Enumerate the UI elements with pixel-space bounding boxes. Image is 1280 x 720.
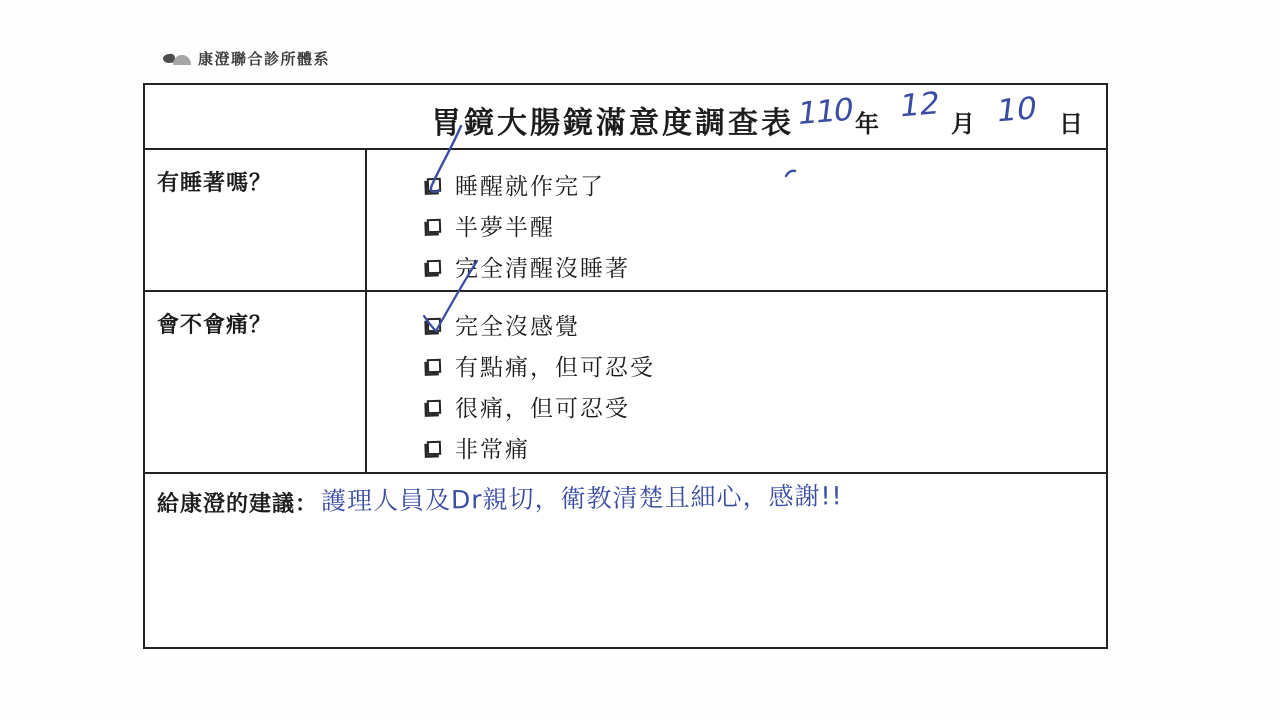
suggestion-label: 給康澄的建議：: [157, 487, 318, 518]
form-title: 胃鏡大腸鏡滿意度調查表: [431, 98, 794, 142]
options-cell: 睡醒就作完了 半夢半醒 完全清醒沒睡著: [427, 150, 1106, 287]
option-row: 非常痛: [427, 427, 1106, 468]
checkbox-icon: [427, 259, 441, 273]
option-label: 睡醒就作完了: [455, 168, 605, 201]
option-label: 很痛，但可忍受: [455, 390, 630, 423]
handwritten-suggestion: 護理人員及Dr親切，衛教清楚且細心，感謝!!: [321, 477, 1041, 519]
checkbox-icon: [427, 177, 441, 191]
year-label: 年: [855, 104, 879, 139]
question-label: 會不會痛？: [157, 308, 272, 339]
checkbox-icon: [427, 358, 441, 372]
clinic-name: 康澄聯合診所體系: [198, 48, 330, 69]
checkbox-icon: [427, 440, 441, 454]
clinic-logo-icon: [163, 52, 191, 66]
option-row: 有點痛，但可忍受: [427, 345, 1106, 386]
handwritten-month: 12: [897, 85, 942, 124]
handwritten-year: 110: [795, 92, 853, 132]
question-label-cell: 有睡著嗎？: [145, 150, 367, 290]
option-row: 很痛，但可忍受: [427, 386, 1106, 427]
option-label: 非常痛: [455, 431, 530, 464]
day-label: 日: [1059, 104, 1083, 139]
question-row-pain: 會不會痛？ 完全沒感覺 有點痛，但可忍受 很痛，但可忍受 非常痛: [145, 292, 1106, 474]
handwritten-day: 10: [994, 90, 1039, 129]
title-row: 胃鏡大腸鏡滿意度調查表 110 年 12 月 10 日: [145, 85, 1106, 150]
question-row-sleep: 有睡著嗎？ 睡醒就作完了 半夢半醒 完全清醒沒睡著: [145, 150, 1106, 292]
option-row: 完全清醒沒睡著: [427, 246, 1106, 287]
clinic-brand: 康澄聯合診所體系: [163, 48, 330, 69]
question-label: 有睡著嗎？: [157, 166, 272, 197]
option-row: 睡醒就作完了: [427, 164, 1106, 205]
scanned-survey-form: 康澄聯合診所體系 胃鏡大腸鏡滿意度調查表 110 年 12 月 10 日 有睡著…: [0, 0, 1280, 720]
month-label: 月: [951, 104, 975, 139]
option-row: 完全沒感覺: [427, 304, 1106, 345]
suggestion-row: 給康澄的建議： 護理人員及Dr親切，衛教清楚且細心，感謝!!: [145, 474, 1106, 645]
option-label: 有點痛，但可忍受: [455, 349, 655, 382]
survey-table: 胃鏡大腸鏡滿意度調查表 110 年 12 月 10 日 有睡著嗎？ 睡醒就作完了…: [143, 83, 1108, 649]
question-label-cell: 會不會痛？: [145, 292, 367, 472]
checkbox-icon: [427, 399, 441, 413]
checkbox-icon: [427, 317, 441, 331]
option-label: 半夢半醒: [455, 209, 555, 242]
option-label: 完全清醒沒睡著: [455, 250, 630, 283]
option-row: 半夢半醒: [427, 205, 1106, 246]
option-label: 完全沒感覺: [455, 308, 580, 341]
options-cell: 完全沒感覺 有點痛，但可忍受 很痛，但可忍受 非常痛: [427, 292, 1106, 468]
checkbox-icon: [427, 218, 441, 232]
